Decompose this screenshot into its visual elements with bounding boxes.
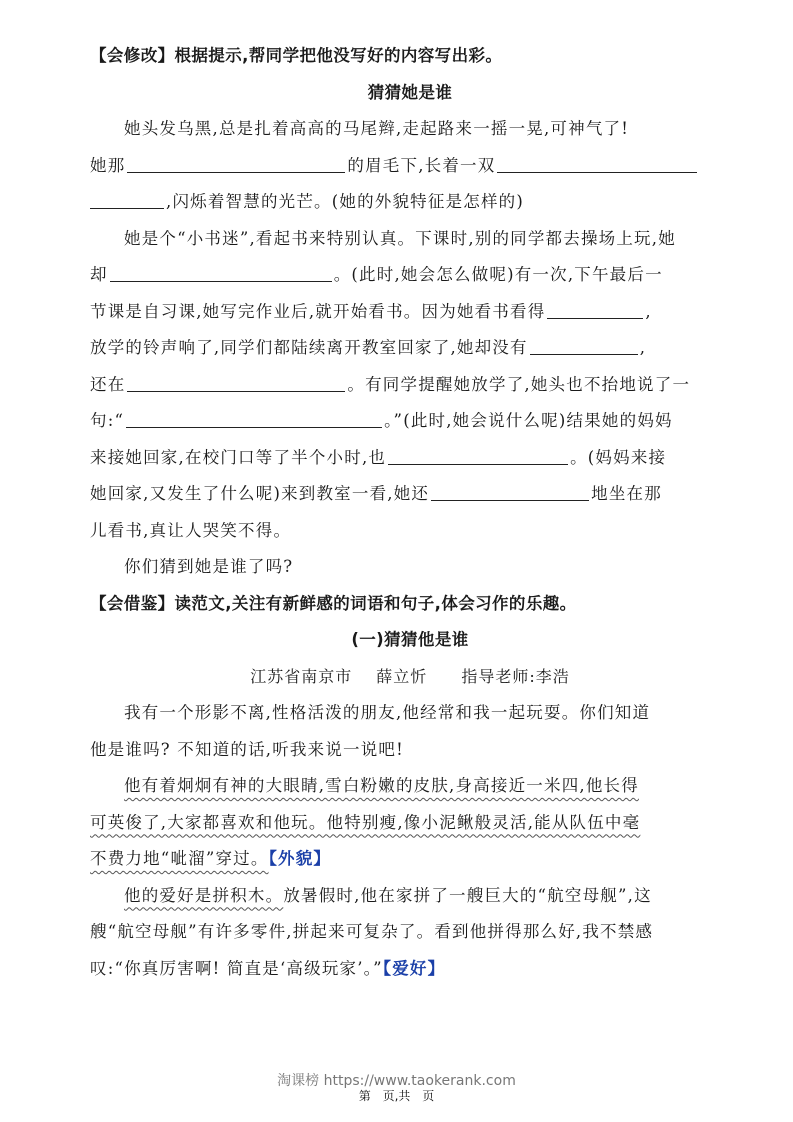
tag-appearance: 【外貌】 <box>269 849 332 868</box>
highlighted-sentence: 不费力地“呲溜”穿过。 <box>90 849 269 868</box>
text-fragment: ,闪烁着智慧的光芒。(她的外貌特征是怎样的) <box>166 192 524 211</box>
section1-instruction-tag: 【会修改】 <box>90 46 175 65</box>
text-fragment: , <box>640 338 646 357</box>
s2-p1-line1: 我有一个形影不离,性格活泼的朋友,他经常和我一起玩耍。你们知道 <box>90 695 730 732</box>
s1-p1-line1: 她头发乌黑,总是扎着高高的马尾辫,走起路来一摇一晃,可神气了! <box>90 111 730 148</box>
text-fragment: 句:“ <box>90 411 124 430</box>
s1-p2-line3: 节课是自习课,她写完作业后,就开始看书。因为她看书看得, <box>90 294 730 331</box>
blank-eyebrow[interactable] <box>127 154 345 173</box>
highlighted-sentence: 他有着炯炯有神的大眼睛,雪白粉嫩的皮肤,身高接近一米四,他长得 <box>124 776 639 795</box>
section1-instruction-text: 根据提示,帮同学把他没写好的内容写出彩。 <box>175 46 503 65</box>
s2-p3-line2: 艘“航空母舰”有许多零件,拼起来可复杂了。看到他拼得那么好,我不禁感 <box>90 914 730 951</box>
text-fragment: 放学的铃声响了,同学们都陆续离开教室回家了,她却没有 <box>90 338 528 357</box>
s1-p2-line8: 她回家,又发生了什么呢)来到教室一看,她还地坐在那 <box>90 476 730 513</box>
text-fragment: 放暑假时,他在家拼了一艘巨大的“航空母舰”,这 <box>283 886 651 905</box>
s1-p2-line4: 放学的铃声响了,同学们都陆续离开教室回家了,她却没有, <box>90 330 730 367</box>
text-fragment: , <box>645 302 651 321</box>
s1-p2-line5: 还在。有同学提醒她放学了,她头也不抬地说了一 <box>90 367 730 404</box>
s1-p2-line7: 来接她回家,在校门口等了半个小时,也。(妈妈来接 <box>90 440 730 477</box>
section2-byline: 江苏省南京市薛立忻指导老师:李浩 <box>90 659 730 696</box>
tag-hobby: 【爱好】 <box>383 959 446 978</box>
blank-recess-action[interactable] <box>110 263 332 282</box>
section2-instruction: 【会借鉴】读范文,关注有新鲜感的词语和句子,体会习作的乐趣。 <box>90 586 730 623</box>
s1-p1-line3: ,闪烁着智慧的光芒。(她的外貌特征是怎样的) <box>90 184 730 221</box>
blank-how-she-sat[interactable] <box>431 482 589 501</box>
s2-p1-line2: 他是谁吗? 不知道的话,听我来说一说吧! <box>90 732 730 769</box>
s2-p2-line1: 他有着炯炯有神的大眼睛,雪白粉嫩的皮肤,身高接近一米四,他长得 <box>90 768 730 805</box>
text-fragment: 。”(此时,她会说什么呢)结果她的妈妈 <box>384 411 673 430</box>
text-fragment: 还在 <box>90 375 125 394</box>
s1-p2-line2: 却。(此时,她会怎么做呢)有一次,下午最后一 <box>90 257 730 294</box>
text-fragment: 地坐在那 <box>591 484 662 503</box>
s1-p2-line6: 句:“。”(此时,她会说什么呢)结果她的妈妈 <box>90 403 730 440</box>
text-fragment: 叹:“你真厉害啊! 简直是‘高级玩家’。” <box>90 959 383 978</box>
text-fragment: 的眉毛下,长着一双 <box>347 156 495 175</box>
s1-p3: 你们猜到她是谁了吗? <box>90 549 730 586</box>
text-fragment: 。(此时,她会怎么做呢)有一次,下午最后一 <box>334 265 663 284</box>
blank-mom-waiting[interactable] <box>388 446 568 465</box>
text-fragment: 。有同学提醒她放学了,她头也不抬地说了一 <box>347 375 690 394</box>
s2-p2-line2: 可英俊了,大家都喜欢和他玩。他特别瘦,像小泥鳅般灵活,能从队伍中毫 <box>90 805 730 842</box>
byline-author: 薛立忻 <box>376 667 427 686</box>
text-fragment: 。(妈妈来接 <box>570 448 666 467</box>
text-fragment: 她那 <box>90 156 125 175</box>
blank-eyes[interactable] <box>497 154 697 173</box>
byline-teacher: 指导老师:李浩 <box>461 667 569 686</box>
blank-didnt-do[interactable] <box>530 336 638 355</box>
text-fragment: 节课是自习课,她写完作业后,就开始看书。因为她看书看得 <box>90 302 545 321</box>
section2-instruction-text: 读范文,关注有新鲜感的词语和句子,体会习作的乐趣。 <box>175 594 577 613</box>
section1-instruction: 【会修改】根据提示,帮同学把他没写好的内容写出彩。 <box>90 38 730 75</box>
worksheet-page: 【会修改】根据提示,帮同学把他没写好的内容写出彩。 猜猜她是谁 她头发乌黑,总是… <box>90 38 730 987</box>
s1-p2-line9: 儿看书,真让人哭笑不得。 <box>90 513 730 550</box>
section1-title: 猜猜她是谁 <box>90 75 730 112</box>
highlighted-sentence: 他的爱好是拼积木。 <box>124 886 283 905</box>
text-fragment: 来接她回家,在校门口等了半个小时,也 <box>90 448 386 467</box>
blank-reading-manner[interactable] <box>547 300 643 319</box>
page-number: 第 页,共 页 <box>0 1087 793 1104</box>
blank-eyes-cont[interactable] <box>90 190 164 209</box>
section2-instruction-tag: 【会借鉴】 <box>90 594 175 613</box>
text-fragment: 她回家,又发生了什么呢)来到教室一看,她还 <box>90 484 429 503</box>
s2-p3-line3: 叹:“你真厉害啊! 简直是‘高级玩家’。”【爱好】 <box>90 951 730 988</box>
byline-location: 江苏省南京市 <box>250 667 352 686</box>
s1-p2-line1: 她是个“小书迷”,看起书来特别认真。下课时,别的同学都去操场上玩,她 <box>90 221 730 258</box>
section2-title: (一)猜猜他是谁 <box>90 622 730 659</box>
s1-p1-line2: 她那的眉毛下,长着一双 <box>90 148 730 185</box>
highlighted-sentence: 可英俊了,大家都喜欢和他玩。他特别瘦,像小泥鳅般灵活,能从队伍中毫 <box>90 813 640 832</box>
s2-p3-line1: 他的爱好是拼积木。放暑假时,他在家拼了一艘巨大的“航空母舰”,这 <box>90 878 730 915</box>
blank-what-she-said[interactable] <box>126 409 382 428</box>
text-fragment: 却 <box>90 265 108 284</box>
s2-p2-line3: 不费力地“呲溜”穿过。【外貌】 <box>90 841 730 878</box>
blank-still-doing[interactable] <box>127 373 345 392</box>
